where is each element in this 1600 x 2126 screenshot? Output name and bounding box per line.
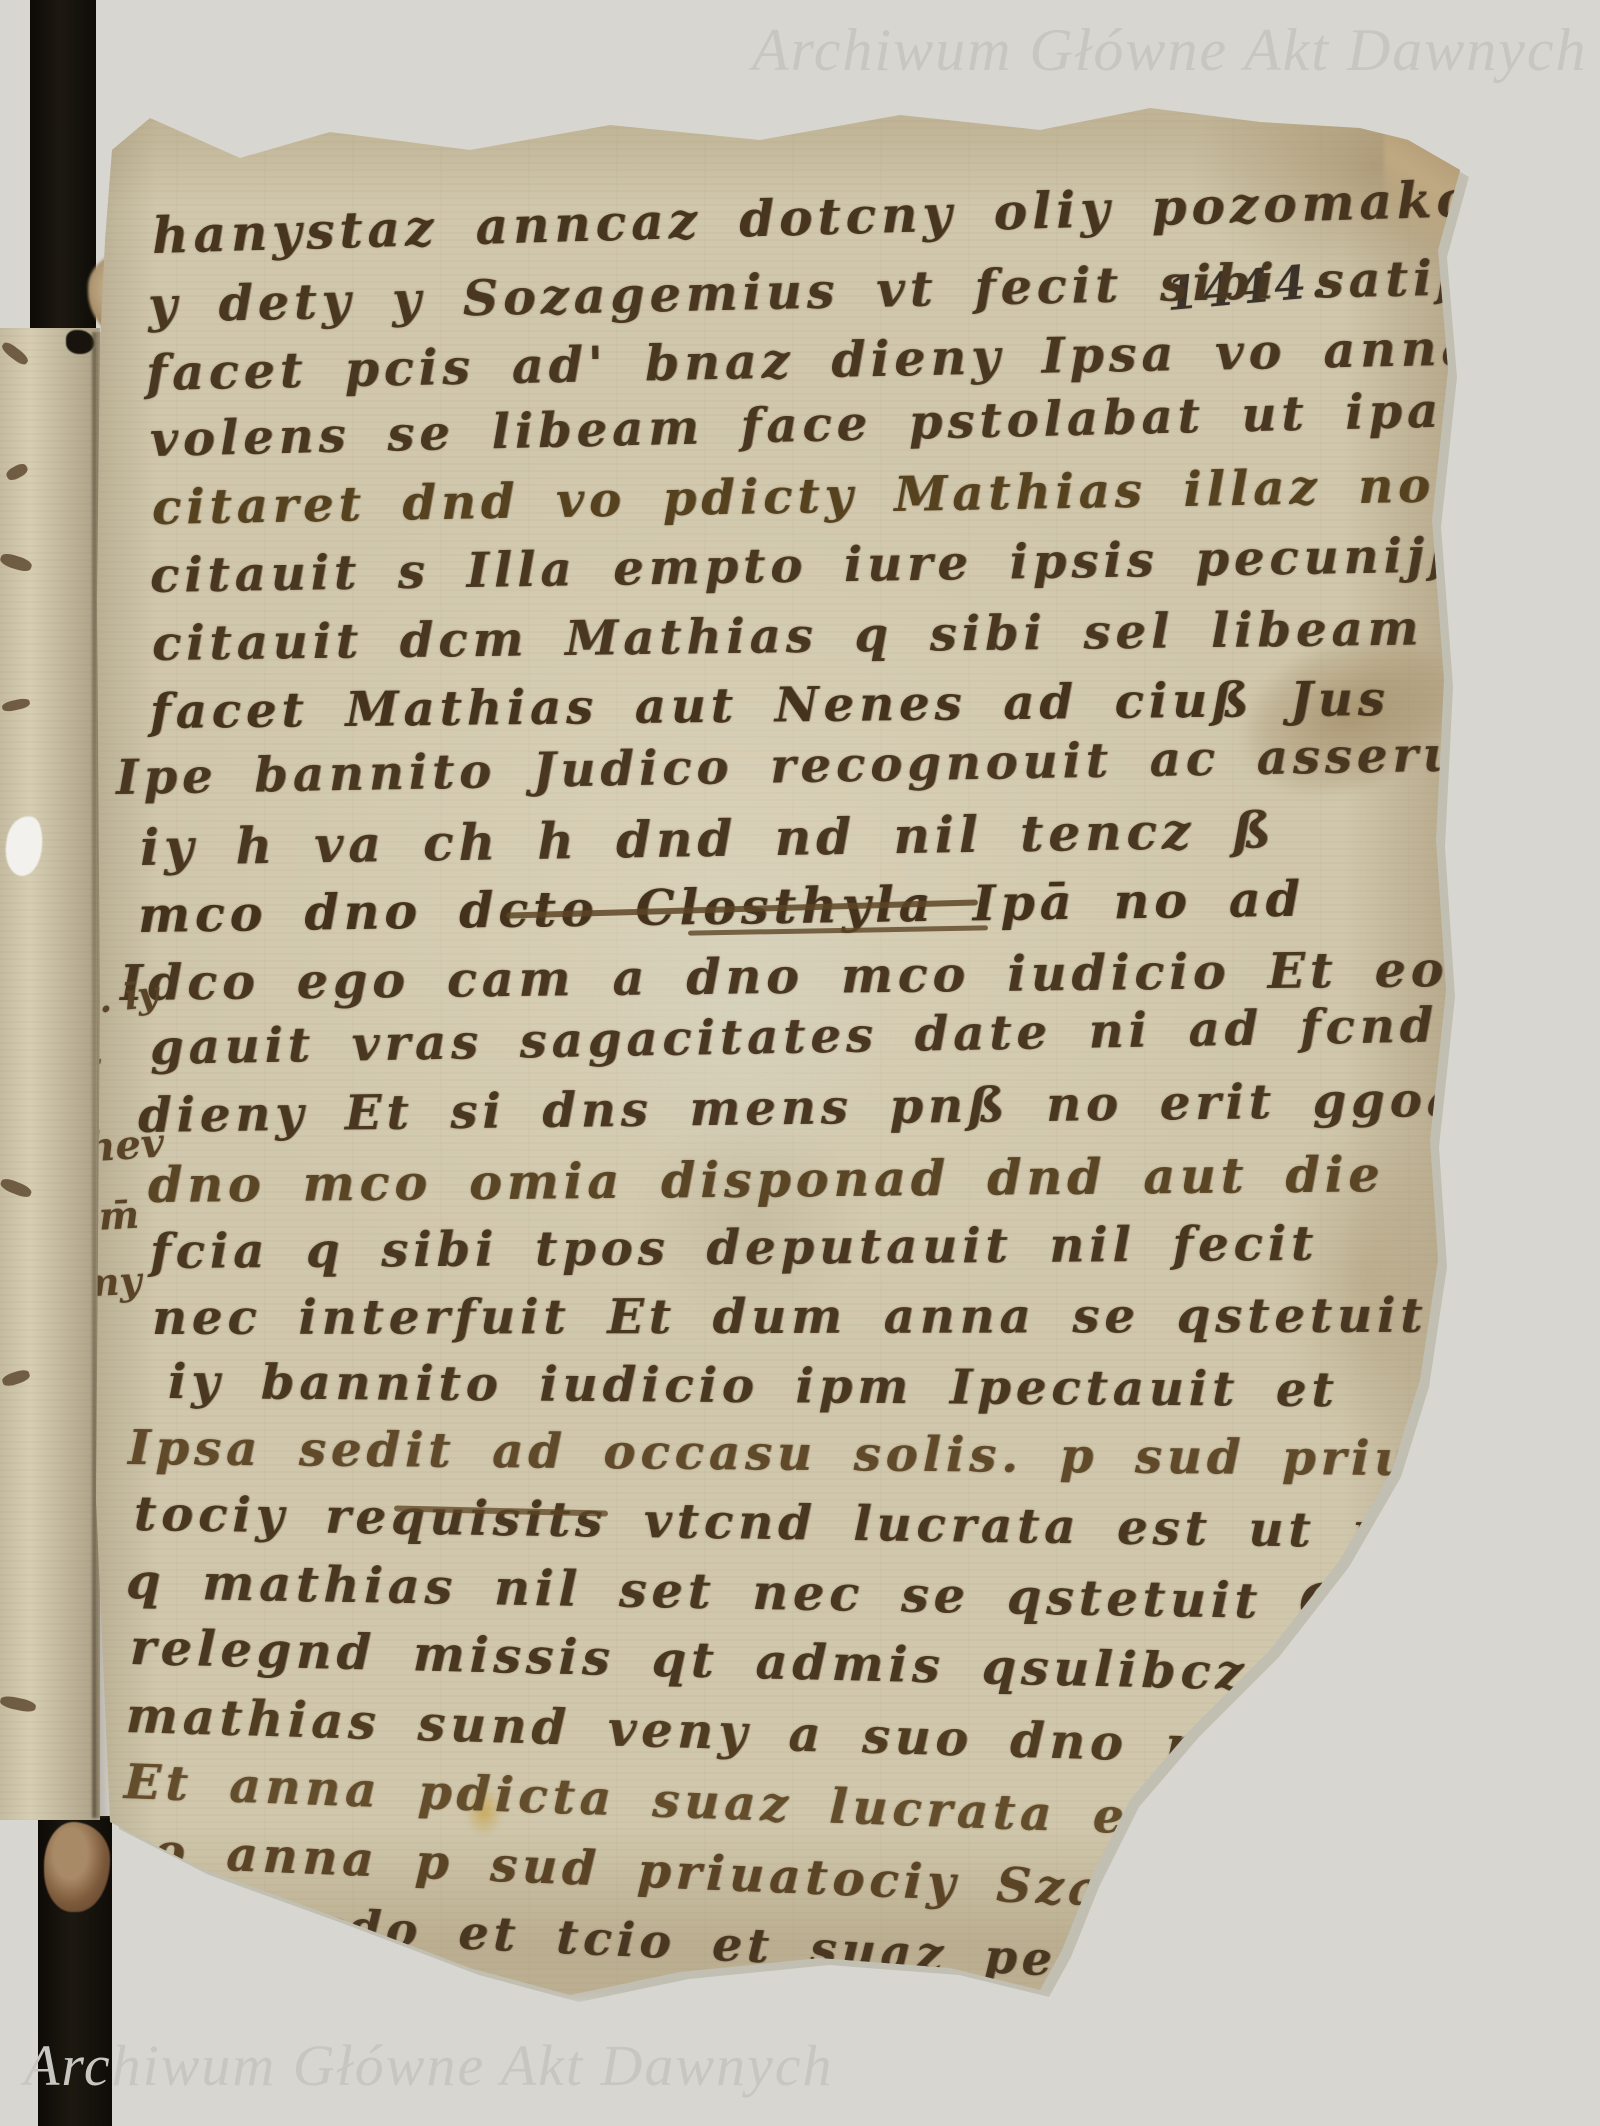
partial-ink-stroke <box>0 551 33 573</box>
partial-ink-stroke <box>0 1176 33 1199</box>
manuscript-text-line: citaret dnd vo pdicty Mathias illaz no <box>152 458 1436 536</box>
partial-ink-stroke <box>1 1368 31 1388</box>
manuscript-text-line: iy bannito iudicio ipm Ipectauit et <box>168 1354 1339 1418</box>
partial-ink-stroke <box>0 340 30 367</box>
manuscript-text-line: facet Mathias aut Nenes ad ciuß Jus <box>150 671 1390 740</box>
manuscript-text-line: vo anna p sud priuatociy Szaponsalw <box>119 1822 1359 1928</box>
partial-ink-stroke <box>1 697 30 713</box>
manuscript-text-line: nec interfuit Et dum anna se qstetuit <box>152 1288 1427 1346</box>
facing-page-sliver <box>0 328 100 1820</box>
manuscript-page: 1444. hanystaz anncaz dotcny oliy pozoma… <box>88 92 1468 1997</box>
tear-hole <box>66 330 94 354</box>
manuscript-text-line: dieny Et si dns mens pnß no erit ggoa <box>138 1072 1463 1144</box>
manuscript-text-line: iy h va ch h dnd nd nil tencz ß <box>140 800 1276 877</box>
manuscript-text-line: y dety y Sozagemius vt fecit sibi satiß <box>147 248 1479 334</box>
partial-ink-stroke <box>0 1694 37 1713</box>
book-binding-strip-top <box>30 0 96 350</box>
manuscript-text-line: q mathias nil set nec se qstetuit Oz <box>125 1552 1380 1632</box>
manuscript-text-line: fcia q sibi tpos deputauit nil fecit <box>150 1216 1319 1280</box>
manuscript-text-line: citauit s Illa empto iure ipsis pecunijß <box>150 527 1471 604</box>
archive-watermark-top: Archiwum Główne Akt Dawnych <box>752 16 1588 85</box>
manuscript-text-line: Ipsa sedit ad occasu solis. p sud priua <box>128 1420 1451 1488</box>
partial-ink-stroke <box>4 462 29 483</box>
manuscript-text-line: citauit dcm Mathias q sibi sel libeam <box>152 600 1424 672</box>
manuscript-text-line: tociy requisits vtcnd lucrata est ut no <box>134 1486 1430 1560</box>
paper-hole <box>2 814 46 878</box>
manuscript-text-line: pmo scdo et tcio et suaz pecuncz pisent <box>117 1890 1464 2006</box>
manuscript-text-line: dno mco omia disponad dnd aut die <box>148 1145 1385 1214</box>
archive-watermark-bottom: Archiwum Główne Akt Dawnych <box>24 2032 834 2099</box>
scanned-document-stage: Archiwum Główne Akt Dawnych 1444. hanyst… <box>0 0 1600 2126</box>
